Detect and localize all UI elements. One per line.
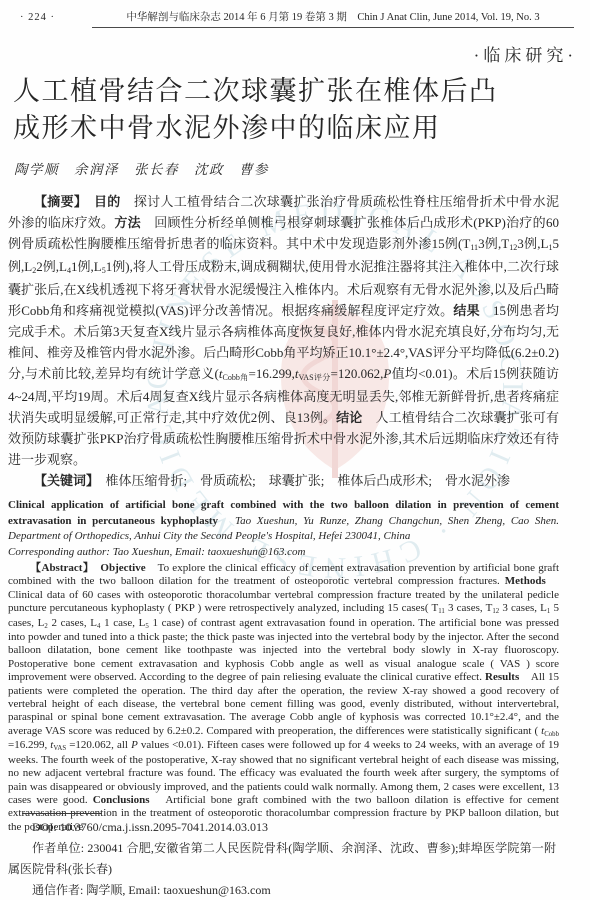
article-title-line1: 人工植骨结合二次球囊扩张在椎体后凸 xyxy=(13,73,558,110)
text-segment: P xyxy=(131,739,138,751)
text-segment: 5 xyxy=(102,266,106,275)
text-segment: 3 cases, T xyxy=(445,602,493,614)
abstract-chinese: 【摘要】 目的 探讨人工植骨结合二次球囊扩张治疗骨质疏松性脊柱压缩骨折术中骨水泥… xyxy=(8,191,559,470)
text-segment: 1 xyxy=(548,243,552,252)
text-segment: =120.062, xyxy=(331,366,384,381)
text-segment: Conclusions xyxy=(93,794,150,806)
article-body: 【摘要】 目的 探讨人工植骨结合二次球囊扩张治疗骨质疏松性脊柱压缩骨折术中骨水泥… xyxy=(8,191,559,834)
authors-line: 陶学顺 余润泽 张长春 沈政 曹参 xyxy=(14,158,269,178)
text-segment: Objective xyxy=(100,562,145,574)
text-segment: VAS xyxy=(53,745,66,752)
text-segment: 11 xyxy=(470,243,478,252)
text-segment: 2例,L xyxy=(36,259,67,274)
article-title-line2: 成形术中骨水泥外渗中的临床应用 xyxy=(13,110,558,147)
journal-line: 中华解剖与临床杂志 2014 年 6 月第 19 卷第 3 期 Chin J A… xyxy=(92,9,574,28)
article-title: 人工植骨结合二次球囊扩张在椎体后凸 成形术中骨水泥外渗中的临床应用 xyxy=(13,73,558,147)
text-segment xyxy=(89,562,101,574)
keywords-chinese: 【关键词】 椎体压缩骨折; 骨质疏松; 球囊扩张; 椎体后凸成形术; 骨水泥外渗 xyxy=(8,470,559,491)
text-segment: 3例,T xyxy=(478,236,509,251)
footnote-divider xyxy=(22,813,102,814)
doi-line: DOI: 10.3760/cma.j.issn.2095-7041.2014.0… xyxy=(8,817,556,838)
text-segment: 2 xyxy=(32,266,36,275)
text-segment: 5 xyxy=(145,623,148,630)
english-section: Clinical application of artificial bone … xyxy=(8,498,559,834)
text-segment: 2 xyxy=(44,623,47,630)
text-segment: 目的 xyxy=(94,194,121,209)
text-segment: 11 xyxy=(438,608,445,615)
text-segment: 椎体压缩骨折; 骨质疏松; 球囊扩张; 椎体后凸成形术; 骨水泥外渗 xyxy=(93,473,510,488)
text-segment: 1 xyxy=(547,608,550,615)
text-segment: 结果 xyxy=(453,303,479,318)
text-segment: Corresponding author: Tao Xueshun, Email… xyxy=(8,546,305,558)
text-segment: Cobb xyxy=(544,731,559,738)
footnote-block: DOI: 10.3760/cma.j.issn.2095-7041.2014.0… xyxy=(8,813,556,900)
text-segment: 3例,L xyxy=(517,236,548,251)
text-segment: t xyxy=(295,366,299,381)
page-number: · 224 · xyxy=(20,12,92,23)
text-segment: =120.062, all xyxy=(66,739,131,751)
text-segment: 【关键词】 xyxy=(34,473,93,488)
text-segment xyxy=(218,515,235,527)
text-segment: =16.299, xyxy=(8,739,50,751)
text-segment: 2 cases, L xyxy=(48,617,97,629)
text-segment: 1例,L xyxy=(71,259,102,274)
text-segment: 4 xyxy=(67,266,71,275)
text-segment: 【摘要】 xyxy=(34,194,81,209)
english-citation: Clinical application of artificial bone … xyxy=(8,498,559,545)
text-segment: 12 xyxy=(492,608,499,615)
text-segment: 12 xyxy=(509,243,517,252)
text-segment: Methods xyxy=(505,575,546,587)
journal-page: CHINESE MEDICAL ASSOCIATION · CHINESE ME… xyxy=(0,0,590,900)
english-corresponding-author: Corresponding author: Tao Xueshun, Email… xyxy=(8,545,559,561)
section-label: ·临床研究· xyxy=(474,41,577,66)
running-header: · 224 · 中华解剖与临床杂志 2014 年 6 月第 19 卷第 3 期 … xyxy=(20,9,574,28)
affiliation-line: 作者单位: 230041 合肥,安徽省第二人民医院骨科(陶学顺、余润泽、沈政、曹… xyxy=(8,838,556,880)
correspondence-line: 通信作者: 陶学顺, Email: taoxueshun@163.com xyxy=(8,880,556,900)
text-segment: Cobb角 xyxy=(222,373,248,382)
text-segment: =16.299, xyxy=(249,366,295,381)
abstract-english: 【Abstract】 Objective To explore the clin… xyxy=(8,562,559,834)
text-segment xyxy=(81,194,94,209)
text-segment: 4 xyxy=(97,623,100,630)
text-segment: 3 cases, L xyxy=(499,602,547,614)
text-segment: Results xyxy=(485,671,519,683)
text-segment: 方法 xyxy=(114,215,141,230)
text-segment: VAS评分 xyxy=(299,373,331,382)
text-segment: 结论 xyxy=(336,410,362,425)
text-segment: 【Abstract】 xyxy=(30,562,89,574)
text-segment: 1 case, L xyxy=(100,617,145,629)
